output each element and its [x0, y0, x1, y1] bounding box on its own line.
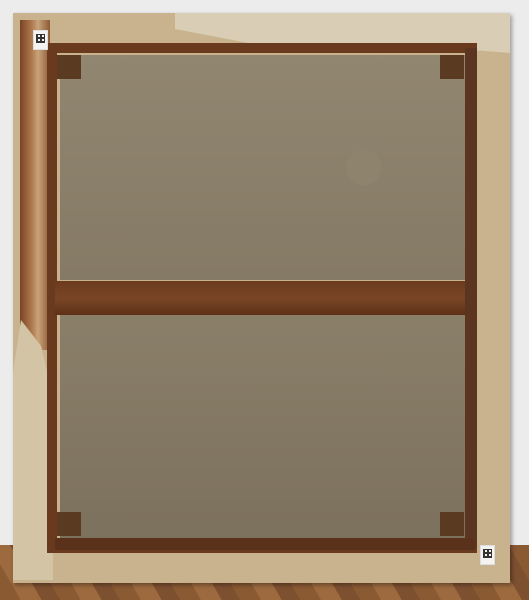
- qr-label-icon: [480, 545, 495, 565]
- qr-label-icon: [33, 30, 48, 50]
- corner-key-top-right: [440, 55, 464, 79]
- stretcher-bottom-bar: [55, 538, 475, 550]
- stretcher-right-bar: [465, 48, 477, 548]
- stretcher-crossbar: [55, 281, 473, 315]
- left-wood-edge: [20, 20, 50, 350]
- corner-key-bottom-left: [57, 512, 81, 536]
- corner-key-top-left: [57, 55, 81, 79]
- corner-key-bottom-right: [440, 512, 464, 536]
